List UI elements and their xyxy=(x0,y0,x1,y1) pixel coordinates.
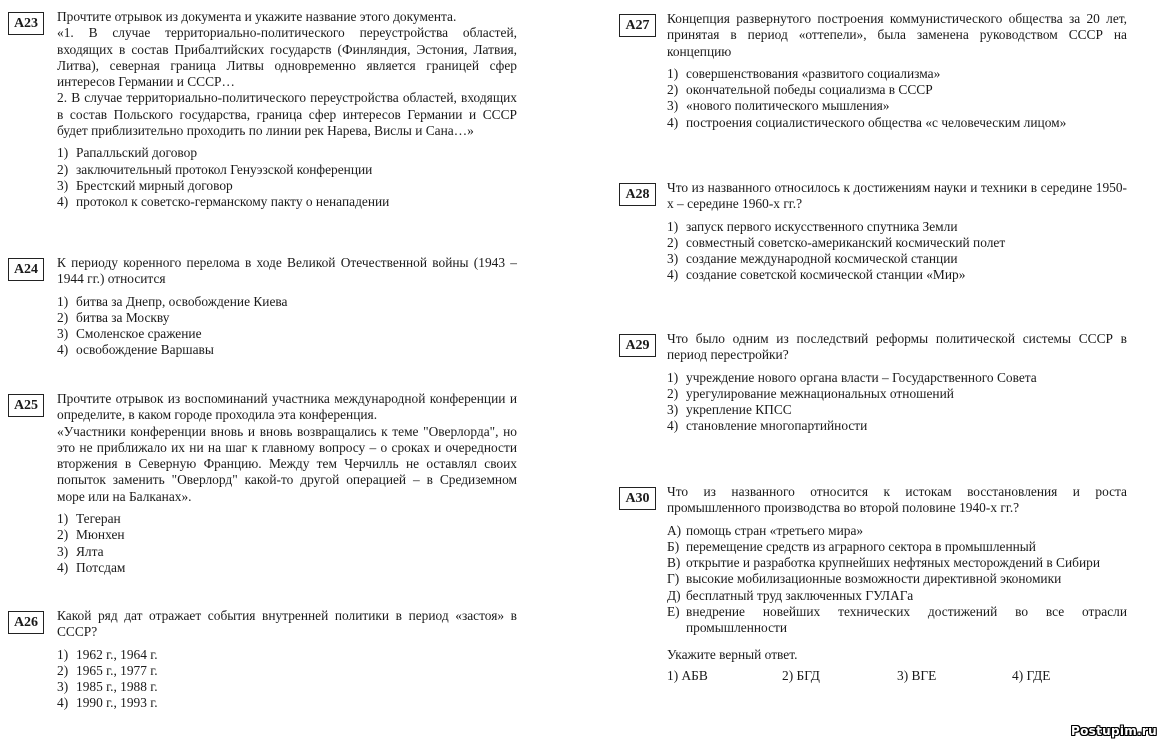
answer-option[interactable]: 1)Рапалльский договор xyxy=(57,145,517,161)
answer-option[interactable]: 3)укрепление КПСС xyxy=(667,402,1127,418)
answer-option[interactable]: 2)1965 г., 1977 г. xyxy=(57,663,517,679)
question-stem: Концепция развернутого построения коммун… xyxy=(667,11,1127,60)
answer-option[interactable]: 4)построения социалистического общества … xyxy=(667,115,1127,131)
answer-option[interactable]: 1)запуск первого искусственного спутника… xyxy=(667,219,1127,235)
answer-option[interactable]: 3)«нового политического мышления» xyxy=(667,98,1127,114)
question-stem: К периоду коренного перелома в ходе Вели… xyxy=(57,255,517,288)
statement-option: А)помощь стран «третьего мира» xyxy=(667,523,1127,539)
statement-option: Г)высокие мобилизационные возможности ди… xyxy=(667,571,1127,587)
answer-option[interactable]: 3)Ялта xyxy=(57,544,517,560)
answer-option[interactable]: 2)урегулирование межнациональных отношен… xyxy=(667,386,1127,402)
answer-option[interactable]: 1)битва за Днепр, освобождение Киева xyxy=(57,294,517,310)
answer-option[interactable]: 2)окончательной победы социализма в СССР xyxy=(667,82,1127,98)
answer-option[interactable]: 4)1990 г., 1993 г. xyxy=(57,695,517,711)
question-stem: Прочтите отрывок из воспоминаний участни… xyxy=(57,391,517,424)
question-number: A23 xyxy=(8,12,44,35)
statement-option: Д)бесплатный труд заключенных ГУЛАГа xyxy=(667,588,1127,604)
answer-option[interactable]: 1)Тегеран xyxy=(57,511,517,527)
answer-option[interactable]: 2)совместный советско-американский косми… xyxy=(667,235,1127,251)
question-number: A30 xyxy=(619,487,656,510)
answer-option[interactable]: 2) БГД xyxy=(782,668,897,684)
quote-paragraph: «Участники конференции вновь и вновь воз… xyxy=(57,424,517,505)
quote-paragraph: 2. В случае территориально-политического… xyxy=(57,90,517,139)
answer-option[interactable]: 4)становление многопартийности xyxy=(667,418,1127,434)
answer-option[interactable]: 3)создание международной космической ста… xyxy=(667,251,1127,267)
answer-option[interactable]: 1) АБВ xyxy=(667,668,782,684)
answer-option[interactable]: 4)Потсдам xyxy=(57,560,517,576)
answer-option[interactable]: 1)совершенствования «развитого социализм… xyxy=(667,66,1127,82)
statement-option: Е)внедрение новейших технических достиже… xyxy=(667,604,1127,637)
question-stem: Что было одним из последствий реформы по… xyxy=(667,331,1127,364)
question-number: A28 xyxy=(619,183,656,206)
watermark-logo: Postupim.ru xyxy=(1071,723,1157,739)
question-stem: Что из названного относилось к достижени… xyxy=(667,180,1127,213)
answer-option[interactable]: 3)Брестский мирный договор xyxy=(57,178,517,194)
answer-option[interactable]: 1)1962 г., 1964 г. xyxy=(57,647,517,663)
question-stem: Что из названного относится к истокам во… xyxy=(667,484,1127,517)
question-number: A24 xyxy=(8,258,44,281)
question-number: A26 xyxy=(8,611,44,634)
answer-option[interactable]: 4)освобождение Варшавы xyxy=(57,342,517,358)
instruction-text: Укажите верный ответ. xyxy=(667,647,1127,663)
answer-option[interactable]: 1)учреждение нового органа власти – Госу… xyxy=(667,370,1127,386)
answer-choices: 1) АБВ 2) БГД 3) ВГЕ 4) ГДЕ xyxy=(667,668,1127,684)
question-number: A25 xyxy=(8,394,44,417)
answer-option[interactable]: 4)протокол к советско-германскому пакту … xyxy=(57,194,517,210)
statement-option: В)открытие и разработка крупнейших нефтя… xyxy=(667,555,1127,571)
answer-option[interactable]: 4) ГДЕ xyxy=(1012,668,1127,684)
answer-option[interactable]: 4)создание советской космической станции… xyxy=(667,267,1127,283)
question-number: A27 xyxy=(619,14,656,37)
answer-option[interactable]: 3)1985 г., 1988 г. xyxy=(57,679,517,695)
question-stem: Какой ряд дат отражает события внутренне… xyxy=(57,608,517,641)
answer-option[interactable]: 2)заключительный протокол Генуэзской кон… xyxy=(57,162,517,178)
question-number: A29 xyxy=(619,334,656,357)
question-stem: Прочтите отрывок из документа и укажите … xyxy=(57,9,517,25)
quote-paragraph: «1. В случае территориально-политическог… xyxy=(57,25,517,90)
answer-option[interactable]: 2)битва за Москву xyxy=(57,310,517,326)
answer-option[interactable]: 3)Смоленское сражение xyxy=(57,326,517,342)
answer-option[interactable]: 3) ВГЕ xyxy=(897,668,1012,684)
statement-option: Б)перемещение средств из аграрного секто… xyxy=(667,539,1127,555)
answer-option[interactable]: 2)Мюнхен xyxy=(57,527,517,543)
